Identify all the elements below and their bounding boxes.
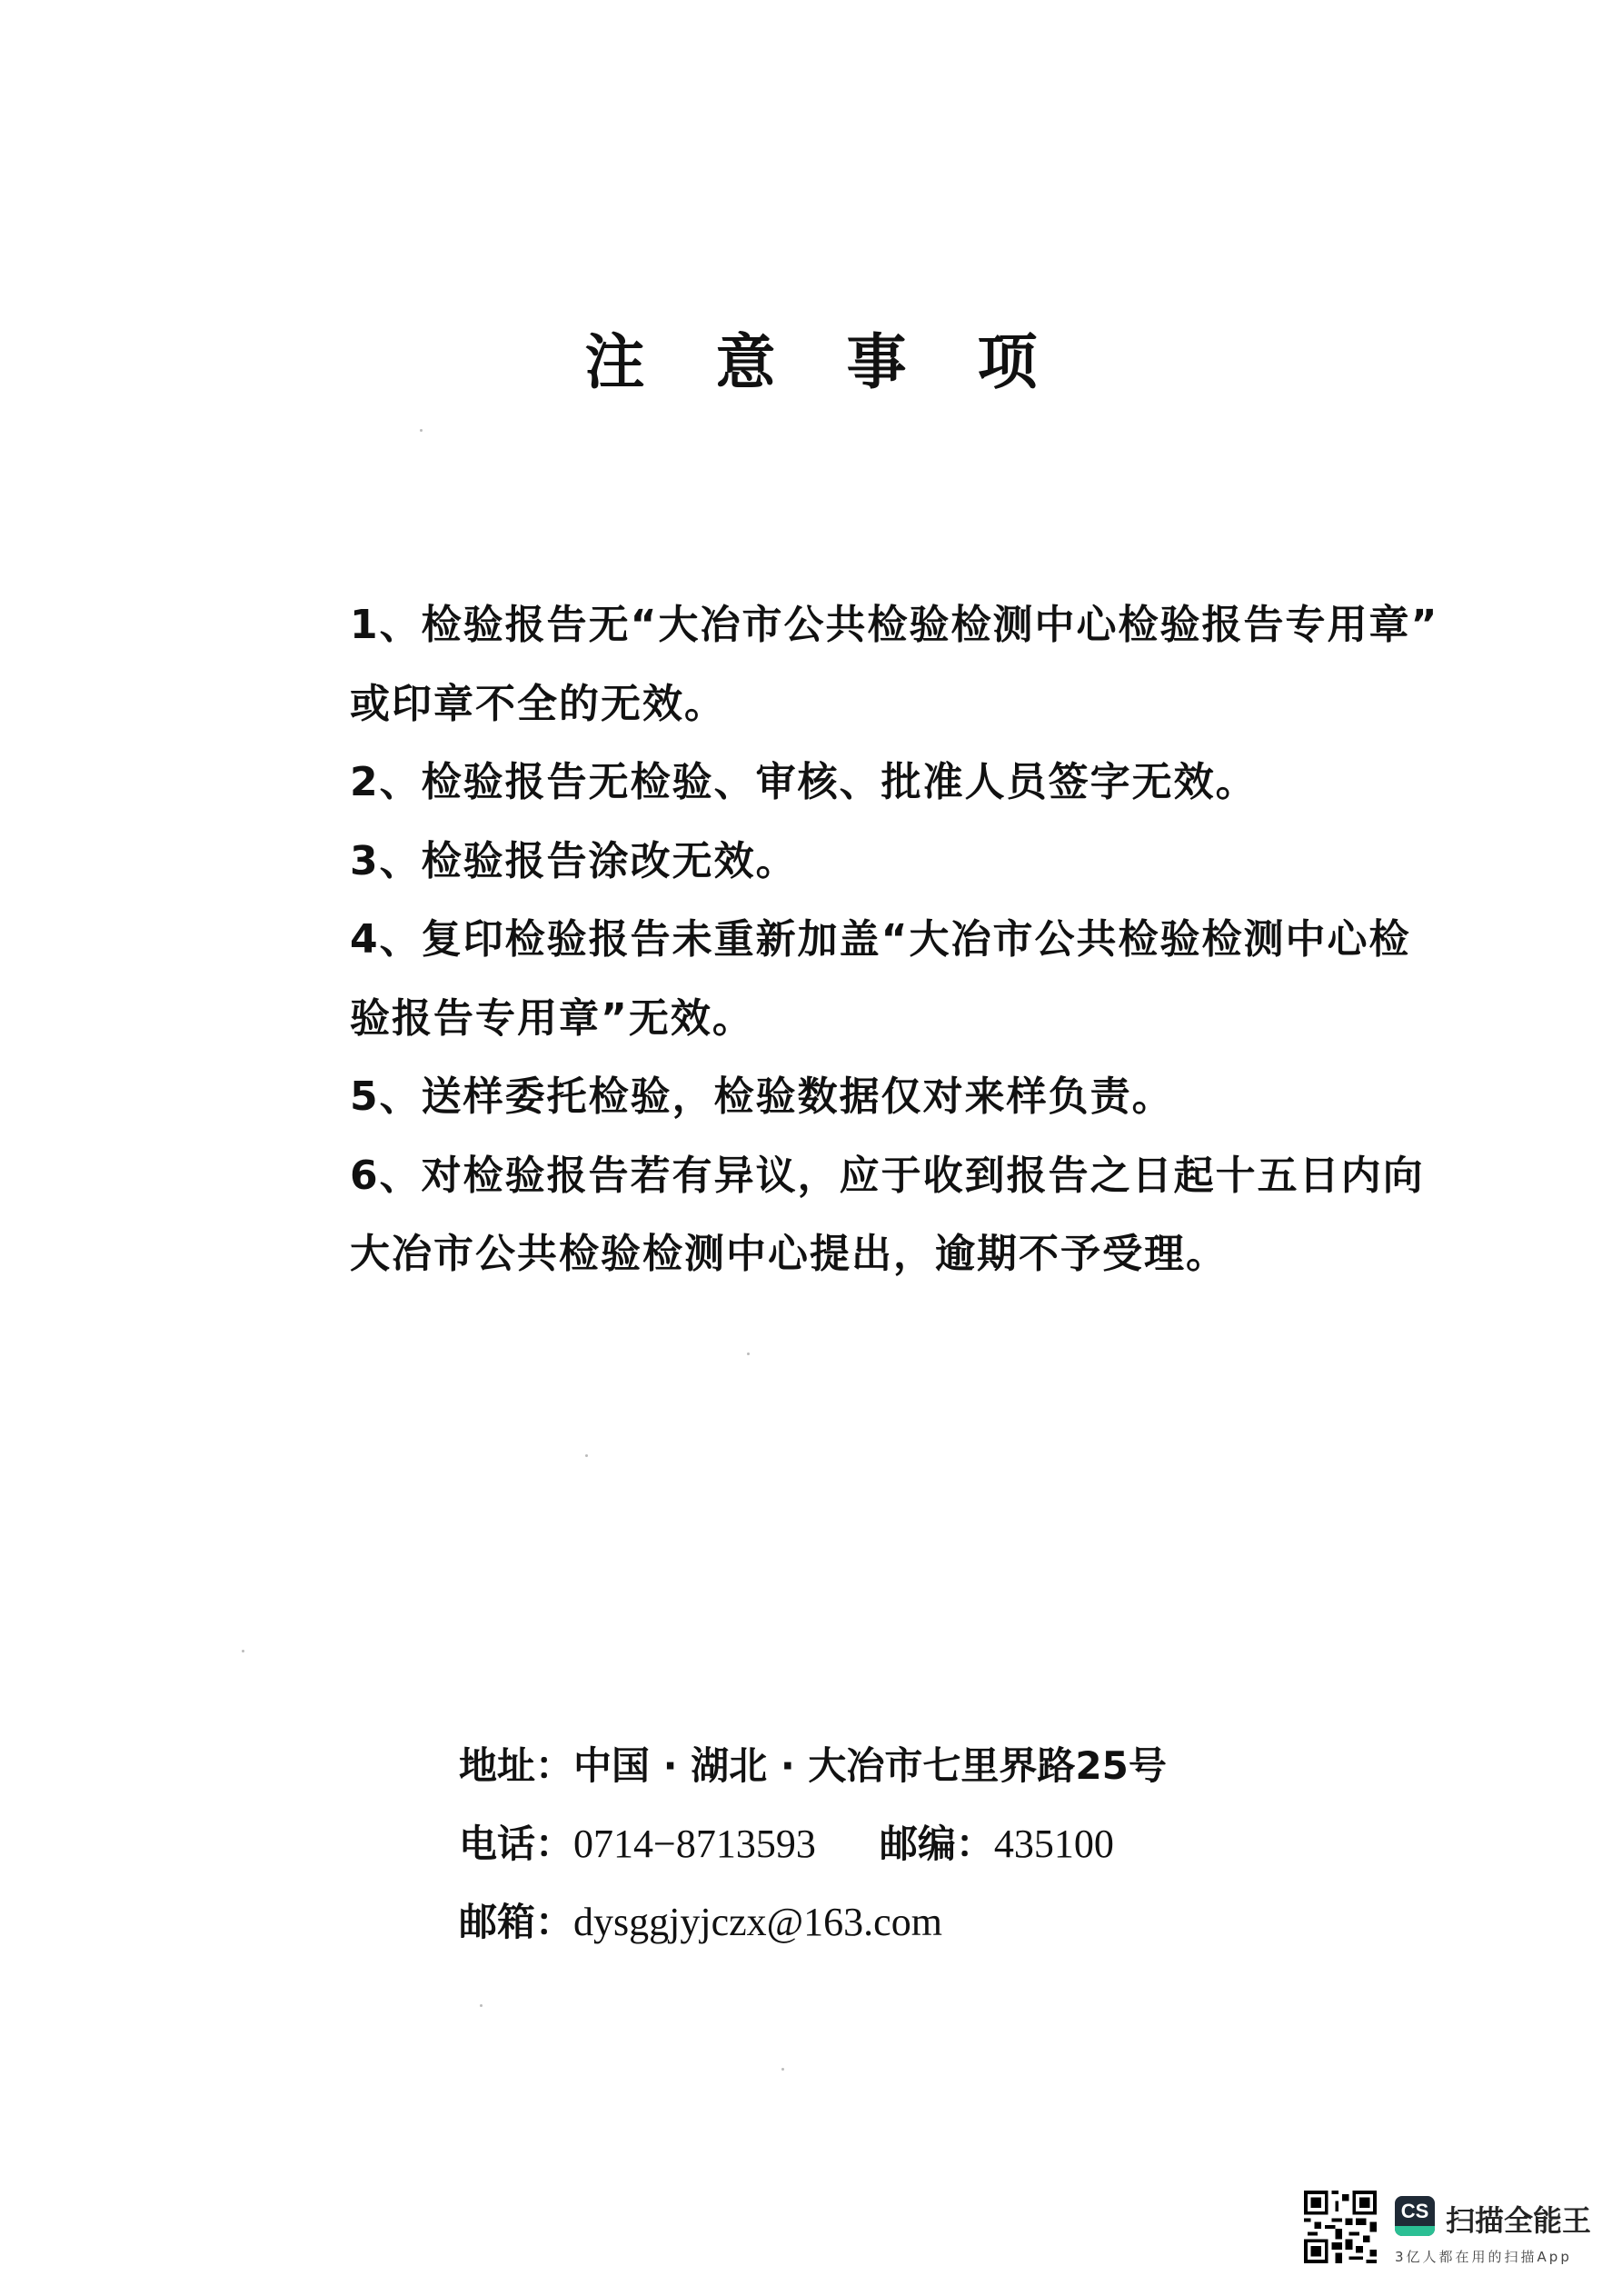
note-line: 1、检验报告无“大冶市公共检验检测中心检验报告专用章” [350, 586, 1495, 665]
address-value: 中国 · 湖北 · 大冶市七里界路25号 [573, 1743, 1167, 1788]
note-line: 大冶市公共检验检测中心提出，逾期不予受理。 [350, 1215, 1495, 1294]
phone-row: 电话：0714−8713593邮编：435100 [459, 1805, 1167, 1883]
app-slogan: 3亿人都在用的扫描App [1395, 2247, 1572, 2266]
contact-info: 地址：中国 · 湖北 · 大冶市七里界路25号 电话：0714−8713593邮… [459, 1727, 1167, 1962]
address-label: 地址： [459, 1743, 573, 1788]
scan-speck [480, 2004, 483, 2007]
scanner-watermark: CS 扫描全能王 3亿人都在用的扫描App [1304, 2191, 1613, 2281]
phone-value: 0714−8713593 [573, 1822, 816, 1866]
phone-label: 电话： [459, 1822, 573, 1866]
address-row: 地址：中国 · 湖北 · 大冶市七里界路25号 [459, 1727, 1167, 1805]
note-line: 3、检验报告涂改无效。 [350, 823, 1495, 902]
scan-speck [420, 429, 423, 432]
scan-speck [781, 2068, 784, 2071]
postcode-value: 435100 [994, 1822, 1114, 1866]
email-row: 邮箱：dysggjyjczx@163.com [459, 1883, 1167, 1962]
scan-speck [585, 1454, 588, 1457]
note-line: 验报告专用章”无效。 [350, 980, 1495, 1059]
scan-speck [747, 1353, 750, 1355]
note-line: 6、对检验报告若有异议，应于收到报告之日起十五日内向 [350, 1137, 1495, 1216]
page-title: 注意事项 [0, 314, 1622, 400]
note-line: 4、复印检验报告未重新加盖“大冶市公共检验检测中心检 [350, 901, 1495, 980]
note-line: 2、检验报告无检验、审核、批准人员签字无效。 [350, 744, 1495, 823]
postcode-label: 邮编： [880, 1822, 994, 1866]
email-value: dysggjyjczx@163.com [573, 1900, 942, 1944]
scan-speck [242, 1650, 244, 1652]
qr-code-icon [1304, 2191, 1377, 2263]
camscanner-logo-icon: CS [1395, 2196, 1435, 2236]
notes-list: 1、检验报告无“大冶市公共检验检测中心检验报告专用章” 或印章不全的无效。 2、… [350, 586, 1495, 1294]
email-label: 邮箱： [459, 1900, 573, 1944]
note-line: 5、送样委托检验，检验数据仅对来样负责。 [350, 1058, 1495, 1137]
app-name: 扫描全能王 [1446, 2198, 1591, 2240]
note-line: 或印章不全的无效。 [350, 665, 1495, 744]
